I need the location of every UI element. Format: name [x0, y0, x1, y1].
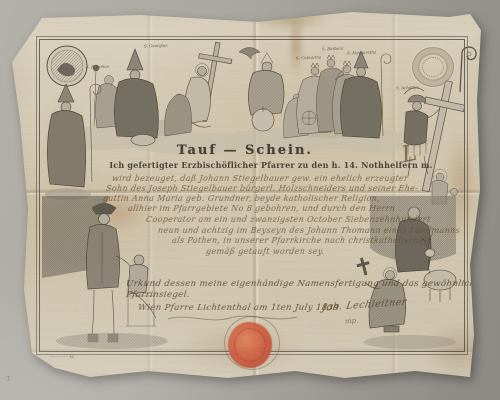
- stain: [252, 4, 330, 32]
- god-father-figure: [248, 53, 284, 131]
- saint-label: S. Achatius: [396, 85, 419, 91]
- certificate-title: Tauf — Schein.: [150, 143, 340, 158]
- saint-label: S. Erasmus: [86, 64, 109, 70]
- bishop-dionysius-figure: [340, 51, 391, 138]
- ground-shading: [364, 335, 456, 349]
- saint-label: S. Margaretha: [347, 49, 376, 55]
- christ-with-cross-figure: [185, 40, 235, 127]
- place-date-line: Wien Pfarre Lichtenthal am 1ten July 183…: [137, 303, 339, 313]
- handwritten-line: gattin Anna Maria geb. Grundner, beyde k…: [102, 194, 380, 203]
- saint-label: S. Georgius: [144, 43, 168, 49]
- saint-label: S. Barbara: [322, 46, 344, 52]
- certificate-paper: S. Erasmus S. Georgius S. Catharina S. B…: [0, 0, 500, 400]
- ground-shading: [56, 333, 168, 349]
- saint-label: S. Catharina: [296, 55, 321, 61]
- attestation-line: Pfarrinsiegel.: [125, 290, 190, 300]
- bishop-blasius-figure: [114, 49, 158, 146]
- embossed-stamp-icon: [412, 47, 454, 87]
- document-wrapper: S. Erasmus S. Georgius S. Catharina S. B…: [0, 0, 500, 400]
- handwritten-line: wird bezeuget, daß Johann Stiegelbauer g…: [111, 174, 408, 183]
- handwritten-line: Cooperator am ein und zwanzigsten Octobe…: [145, 215, 431, 224]
- printed-heading: Ich gefertigter Erzbischöflicher Pfarrer…: [108, 160, 434, 170]
- kneeling-magdalena-figure: [165, 94, 192, 136]
- handwritten-line: allhier im Pfarrgebiete No 8 gebohren, u…: [127, 204, 395, 213]
- attestation-line: Urkund dessen meine eigenhändige Namensf…: [125, 279, 481, 289]
- photo-backdrop: 3: [0, 0, 500, 400]
- handwritten-line: neun und achtzig im Beyseyn des Johann T…: [157, 226, 460, 235]
- medallion-icon: [47, 46, 87, 86]
- handwritten-line: gemäß getauft worden sey.: [205, 247, 325, 256]
- wax-seal-icon: [228, 322, 272, 368]
- handwritten-line: Sohn des Joseph Stiegelbauer bürgerl. Ho…: [105, 184, 418, 193]
- small-cross-icon: [356, 257, 372, 277]
- engraver-credit: ———— sc.: [50, 355, 76, 360]
- bishop-nicolaus-figure: [45, 84, 101, 200]
- handwritten-line: als Pathen, in unserer Pfarrkirche nach …: [171, 236, 432, 245]
- signature-suffix: mp.: [345, 317, 359, 326]
- holy-spirit-dove-icon: [239, 48, 260, 60]
- left-column-engraving: [40, 82, 102, 207]
